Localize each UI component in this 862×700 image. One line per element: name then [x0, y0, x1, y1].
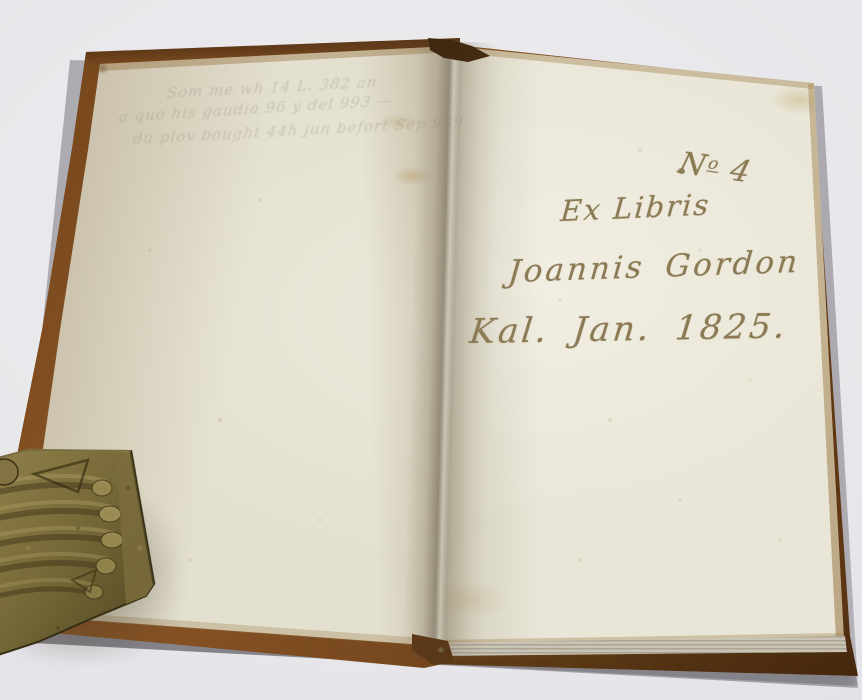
- inscription-date: Kal. Jan. 1825.: [468, 306, 790, 352]
- brass-weight: [0, 428, 170, 668]
- photo-scene: Som me wh 14 L. 382 an a quo his gaudia …: [0, 0, 862, 700]
- inscription-ex-libris: Ex Libris: [559, 187, 711, 228]
